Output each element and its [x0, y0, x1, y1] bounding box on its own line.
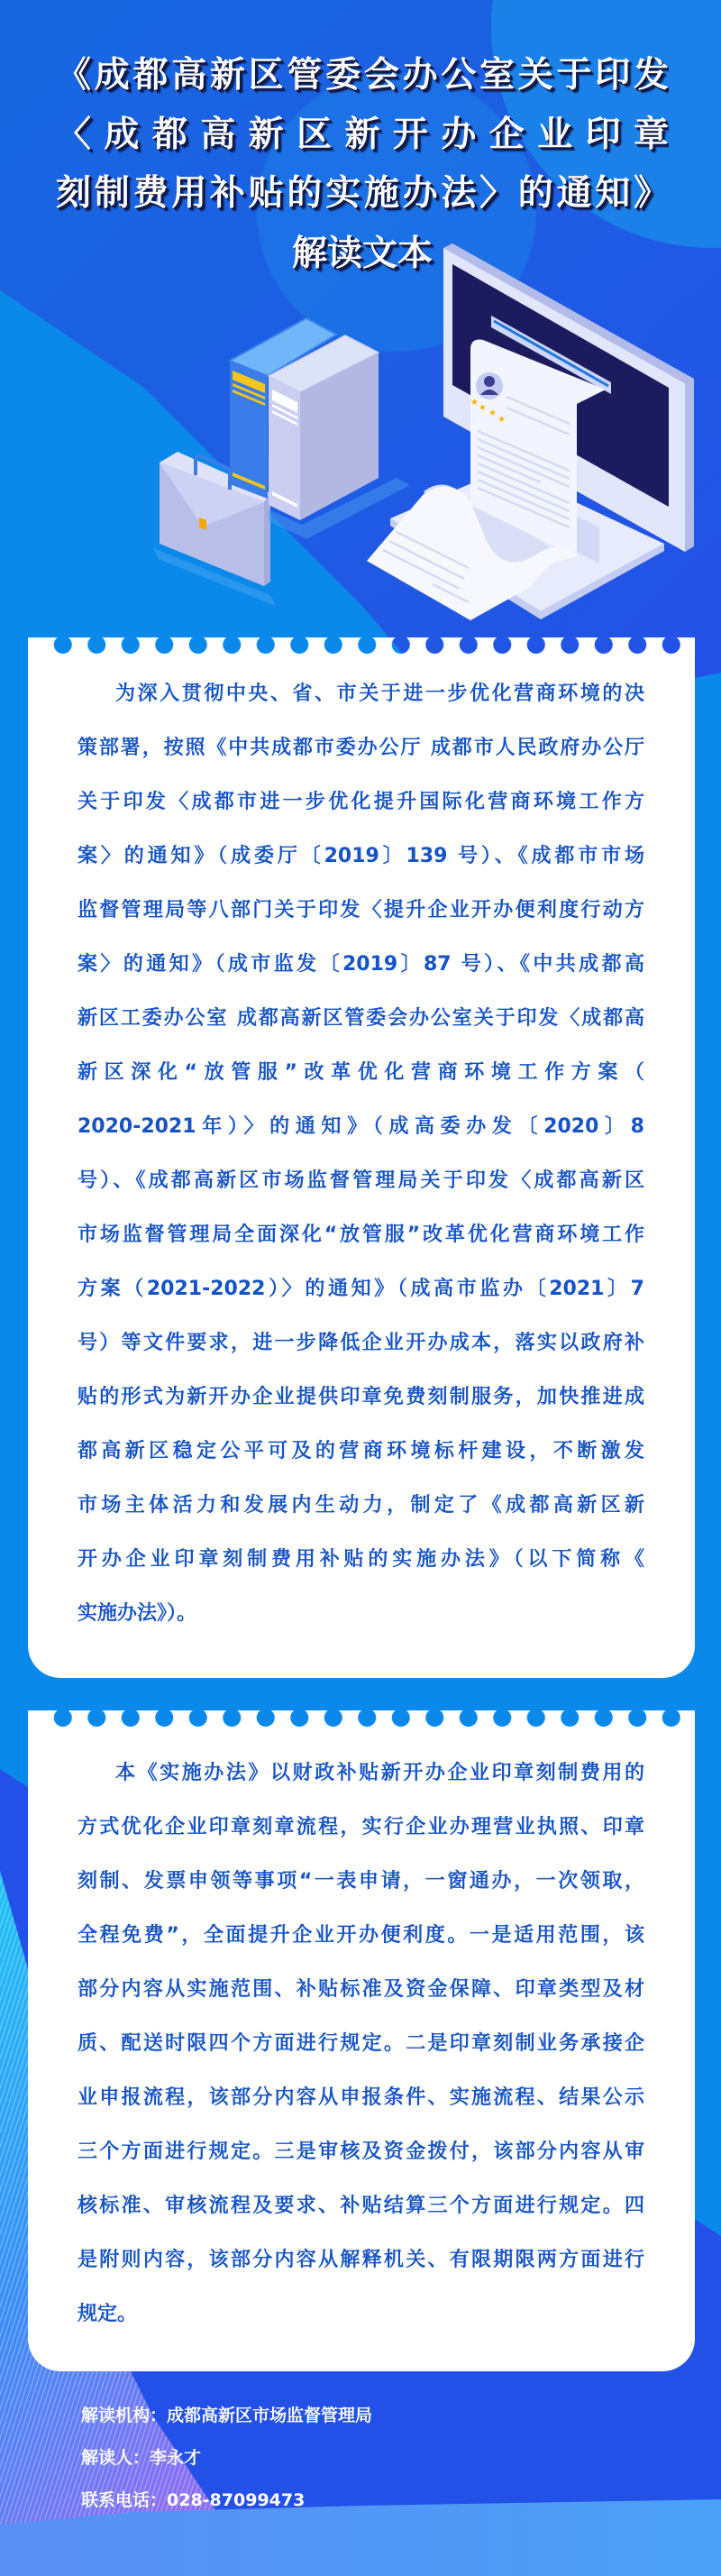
- card-perforated-edge: [28, 637, 695, 655]
- credit-interpreter: 解读人：李永才: [81, 2437, 622, 2480]
- perforation-right: [689, 1710, 695, 1728]
- credit-agency: 解读机构：成都高新区市场监督管理局: [81, 2395, 622, 2437]
- paragraph-line: 市场主体活力和发展内生动力，制定了《成都高新区新: [78, 1479, 644, 1533]
- paragraph-line: 部分内容从实施范围、补贴标准及资金保障、印章类型及材: [78, 1963, 644, 2017]
- paragraph-line: 实施办法》）。: [78, 1587, 644, 1641]
- perforation-right: [689, 637, 695, 655]
- credit-phone-value: 028-87099473: [167, 2490, 305, 2510]
- credit-agency-value: 成都高新区市场监督管理局: [167, 2406, 372, 2425]
- content-card-background: 为深入贯彻中央、省、市关于进一步优化营商环境的决 策部署，按照《中共成都市委办公…: [28, 637, 695, 1678]
- paragraph-line: 新区工委办公室 成都高新区管委会办公室关于印发〈成都高: [78, 992, 644, 1046]
- credit-agency-label: 解读机构：: [81, 2406, 167, 2425]
- paragraph-line: 本《实施办法》以财政补贴新开办企业印章刻制费用的: [78, 1746, 644, 1801]
- paragraph-line: 规定。: [78, 2287, 644, 2342]
- paragraph-line: 为深入贯彻中央、省、市关于进一步优化营商环境的决: [78, 667, 644, 721]
- paragraph-line: 号）、《成都高新区市场监督管理局关于印发〈成都高新区: [78, 1154, 644, 1208]
- svg-text:★: ★: [497, 415, 506, 425]
- perforation-dots: [46, 1710, 689, 1728]
- paragraph-line: 方式优化企业印章刻章流程，实行企业办理营业执照、印章: [78, 1801, 644, 1855]
- page-header: 《成都高新区管委会办公室关于印发 〈成都高新区新开办企业印章 刻制费用补贴的实施…: [56, 0, 669, 289]
- page-title-line: 刻制费用补贴的实施办法〉的通知》: [56, 165, 669, 223]
- paragraph-line: 刻制、发票申领等事项“一表申请，一窗通办，一次领取，: [78, 1855, 644, 1909]
- perforation-left: [28, 637, 46, 655]
- paragraph-line: 三个方面进行规定。三是审核及资金拨付，该部分内容从审: [78, 2125, 644, 2179]
- svg-text:★: ★: [488, 408, 497, 418]
- credit-phone: 联系电话：028-87099473: [81, 2480, 622, 2522]
- paragraph-line: 质、配送时限四个方面进行规定。二是印章刻制业务承接企: [78, 2017, 644, 2071]
- paragraph-line: 案〉的通知》（成市监发〔2019〕87 号）、《中共成都高: [78, 938, 644, 992]
- svg-text:★: ★: [479, 403, 487, 413]
- paragraph-line: 全程免费”，全面提升企业开办便利度。一是适用范围，该: [78, 1909, 644, 1963]
- paragraph-line: 方案（2021-2022）〉的通知》（成高市监办〔2021〕7: [78, 1262, 644, 1316]
- paragraph-line: 关于印发〈成都市进一步优化提升国际化营商环境工作方: [78, 775, 644, 830]
- page-title-line: 《成都高新区管委会办公室关于印发: [56, 47, 669, 105]
- summary-card-background: 本《实施办法》以财政补贴新开办企业印章刻制费用的 方式优化企业印章刻章流程，实行…: [28, 1710, 695, 2371]
- interpretation-credits: 解读机构：成都高新区市场监督管理局 解读人：李永才 联系电话：028-87099…: [81, 2395, 622, 2522]
- paragraph-line: 业申报流程，该部分内容从申报条件、实施流程、结果公示: [78, 2071, 644, 2125]
- avatar-head: [484, 376, 495, 387]
- page-title-line: 〈成都高新区新开办企业印章: [56, 106, 669, 164]
- page: ★ ★ ★ ★ 《成都高新区管委会办公室关于印发 〈成都高新区新开办企业印章 刻…: [0, 0, 721, 2576]
- card-perforated-edge: [28, 1710, 695, 1728]
- credit-phone-label: 联系电话：: [81, 2490, 167, 2510]
- credit-interpreter-label: 解读人：: [81, 2448, 150, 2468]
- paragraph-line: 核标准、审核流程及要求、补贴结算三个方面进行规定。四: [78, 2179, 644, 2233]
- credit-interpreter-value: 李永才: [150, 2448, 201, 2468]
- paragraph-line: 是附则内容，该部分内容从解释机关、有限期限两方面进行: [78, 2233, 644, 2287]
- paragraph-line: 案〉的通知》（成委厅〔2019〕139 号）、《成都市市场: [78, 830, 644, 884]
- briefcase-side: [264, 493, 270, 586]
- paragraph-line: 贴的形式为新开办企业提供印章免费刻制服务，加快推进成: [78, 1371, 644, 1425]
- svg-text:★: ★: [470, 398, 479, 408]
- card-body: 为深入贯彻中央、省、市关于进一步优化营商环境的决 策部署，按照《中共成都市委办公…: [28, 655, 695, 1678]
- perforation-left: [28, 1710, 46, 1728]
- paragraph-line: 开办企业印章刻制费用补贴的实施办法》（以下简称《: [78, 1533, 644, 1587]
- paragraph-line: 市场监督管理局全面深化“放管服”改革优化营商环境工作: [78, 1208, 644, 1262]
- paragraph-line: 策部署，按照《中共成都市委办公厅 成都市人民政府办公厅: [78, 721, 644, 775]
- paragraph-line: 都高新区稳定公平可及的营商环境标杆建设，不断激发: [78, 1425, 644, 1479]
- card-body: 本《实施办法》以财政补贴新开办企业印章刻制费用的 方式优化企业印章刻章流程，实行…: [28, 1728, 695, 2371]
- paragraph-line: 新区深化“放管服”改革优化营商环境工作方案（: [78, 1046, 644, 1100]
- paragraph-line: 监督管理局等八部门关于印发〈提升企业开办便利度行动方: [78, 884, 644, 938]
- page-subtitle: 解读文本: [56, 225, 669, 283]
- perforation-dots: [46, 637, 689, 655]
- paragraph-line: 2020-2021年）〉的通知》（成高委办发〔2020〕8: [78, 1100, 644, 1154]
- paragraph-line: 号）等文件要求，进一步降低企业开办成本，落实以政府补: [78, 1316, 644, 1371]
